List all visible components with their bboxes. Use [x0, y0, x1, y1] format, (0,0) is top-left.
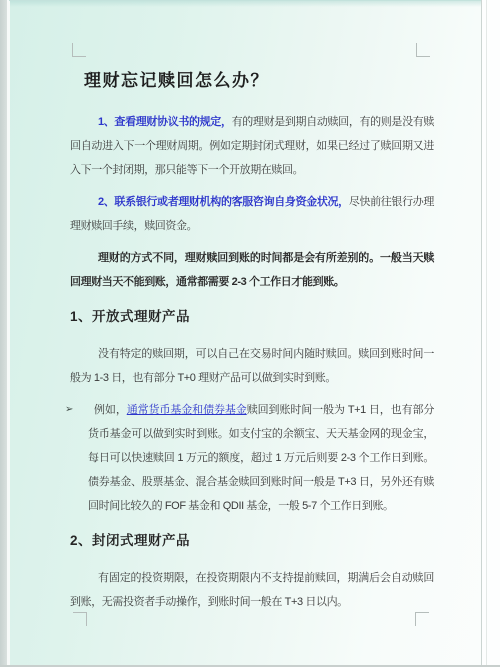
document-page: 理财忘记赎回怎么办？ 1、查看理财协议书的规定，有的理财是到期自动赎回，有的则是…: [0, 0, 500, 667]
page-title: 理财忘记赎回怎么办？: [84, 68, 434, 94]
bullet-item-example: ➢例如，通常货币基金和债券基金赎回到账时间一般为 T+1 日，也有部分货币基金可…: [88, 398, 434, 518]
crop-mark-top-left: [72, 43, 86, 57]
numbered-point-1-highlight: 1、查看理财协议书的规定，: [98, 116, 232, 128]
bullet-pre-text: 例如，: [94, 404, 127, 416]
section-heading-closed-products: 2、封闭式理财产品: [70, 530, 434, 552]
document-body: 理财忘记赎回怎么办？ 1、查看理财协议书的规定，有的理财是到期自动赎回，有的则是…: [70, 68, 434, 622]
paragraph-open-products: 没有特定的赎回期，可以自己在交易时间内随时赎回。赎回到账时间一般为 1-3 日，…: [70, 342, 434, 390]
crop-mark-top-right: [416, 43, 430, 57]
page-right-margin: [482, 0, 500, 667]
numbered-point-2-highlight: 2、联系银行或者理财机构的客服咨询自身资金状况，: [98, 196, 349, 208]
paragraph-contact-bank: 2、联系银行或者理财机构的客服咨询自身资金状况，尽快前往银行办理理财赎回手续，赎…: [70, 190, 434, 238]
page-edge-line: [481, 0, 482, 667]
paragraph-check-agreement: 1、查看理财协议书的规定，有的理财是到期自动赎回，有的则是没有赎回自动进入下一个…: [70, 110, 434, 182]
section-heading-open-products: 1、开放式理财产品: [70, 306, 434, 328]
page-edge-line-faint: [486, 0, 487, 667]
page-top-edge: [9, 0, 481, 1]
bullet-arrow-icon: ➢: [65, 398, 73, 422]
paragraph-summary-bold: 理财的方式不同，理财赎回到账的时间都是会有所差别的。一般当天赎回理财当天不能到账…: [70, 246, 434, 294]
page-left-binding-strip: [0, 0, 7, 667]
page-left-highlight: [7, 0, 10, 667]
bullet-rest-text: 赎回到账时间一般为 T+1 日，也有部分货币基金可以做到实时到账。如支付宝的余额…: [88, 404, 434, 512]
fund-types-link-text: 通常货币基金和债券基金: [127, 404, 247, 416]
paragraph-closed-products: 有固定的投资期限，在投资期限内不支持提前赎回，期满后会自动赎回到账，无需投资者手…: [70, 566, 434, 614]
